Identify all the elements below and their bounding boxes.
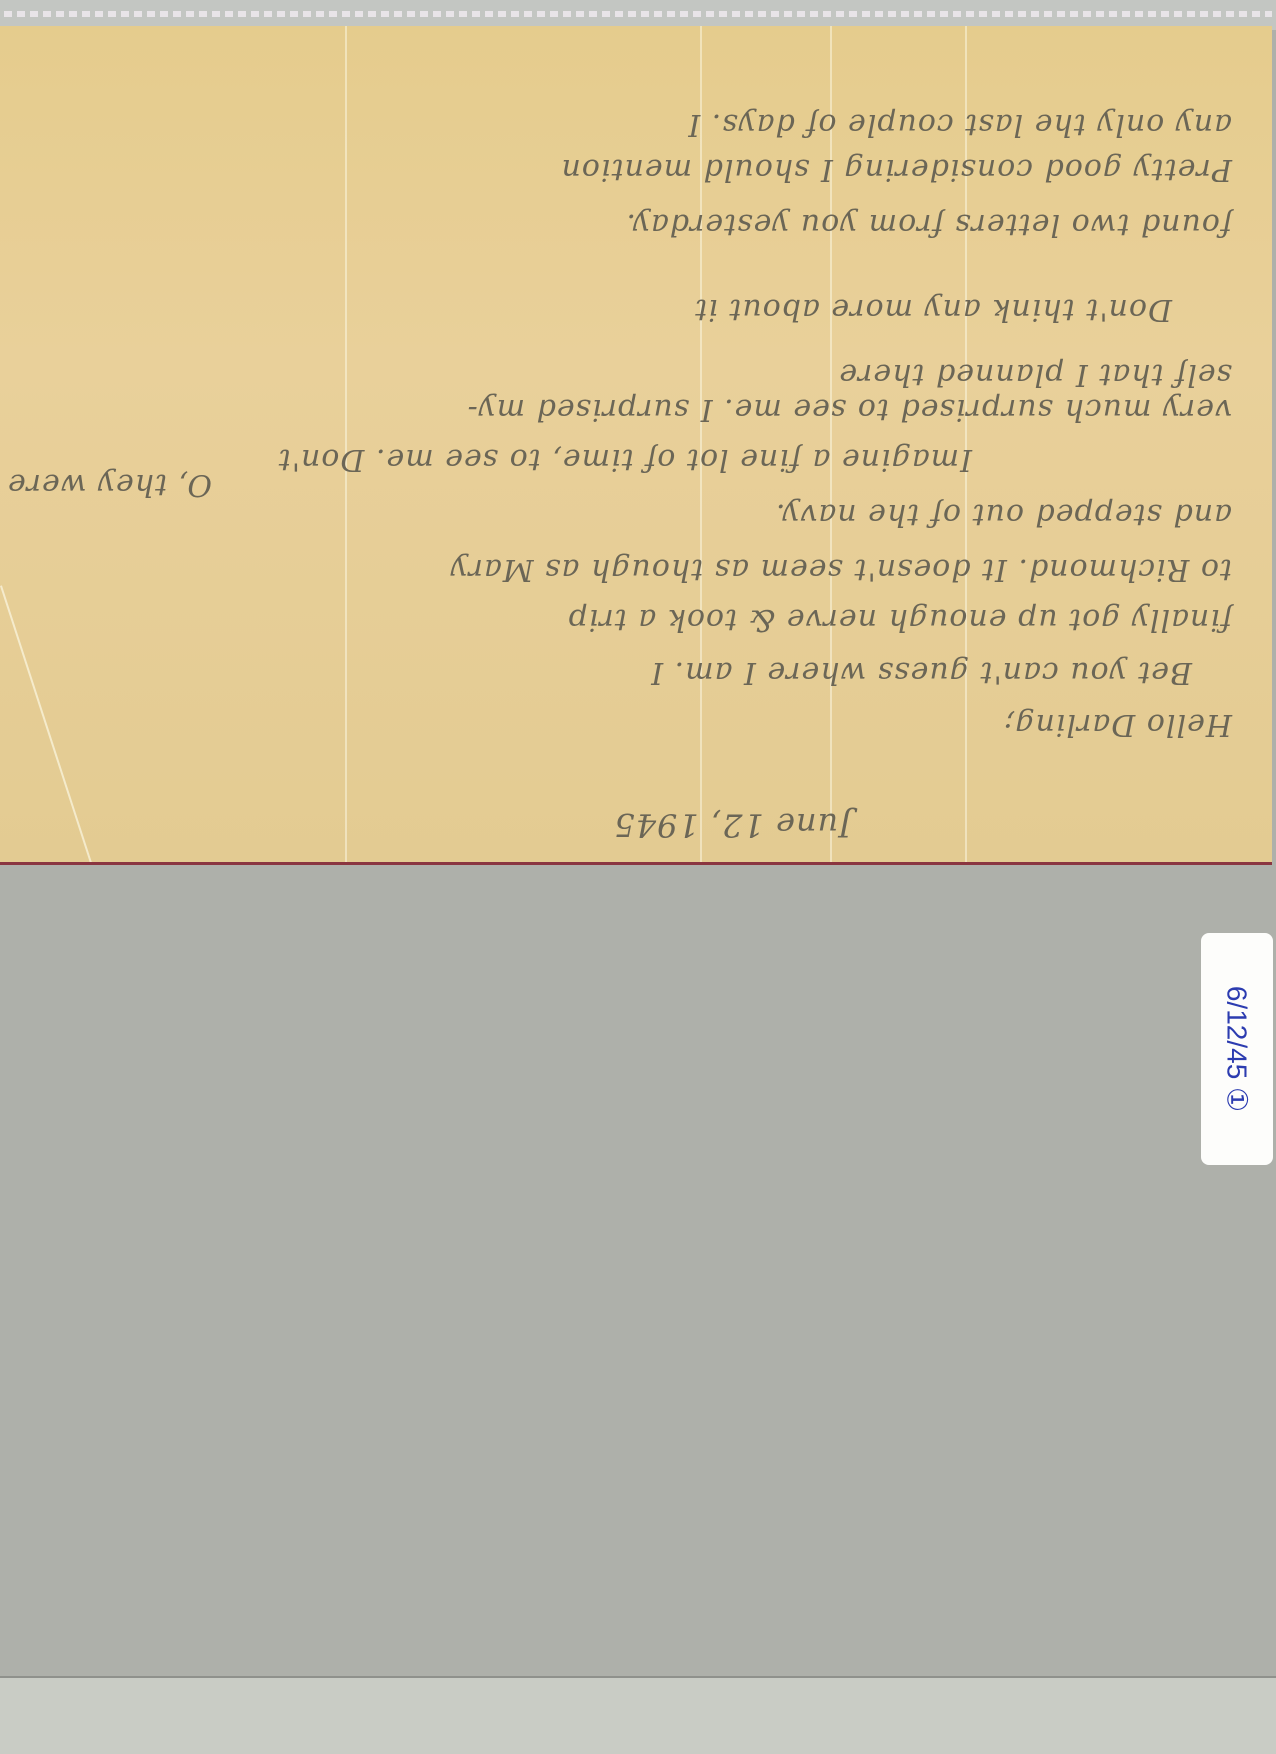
letter-line: Imagine a fine lot of time, to see me. D… (278, 442, 972, 477)
letter-salutation: Hello Darling; (1003, 707, 1232, 742)
letter-line: O, they were (7, 467, 212, 502)
letter-line: any only the last couple of days. I (687, 107, 1232, 142)
letter-line: Pretty good considering I should mention (561, 152, 1232, 187)
letter-line: found two letters from you yesterday. (625, 207, 1232, 242)
letter-line: Don't think any more about it (694, 292, 1172, 327)
letter-line: finally got up enough nerve & took a tri… (568, 602, 1232, 637)
letter-date: June 12, 1945 (613, 806, 852, 844)
sleeve-perforation (4, 11, 1272, 17)
letter-line: very much surprised to see me. I surpris… (467, 392, 1232, 427)
letter-page: June 12, 1945 Hello Darling; Bet you can… (0, 26, 1272, 862)
letter-content-upside-down: June 12, 1945 Hello Darling; Bet you can… (0, 26, 1272, 862)
archive-label-text: 6/12/45 ① (1221, 933, 1254, 1165)
archive-label-tab: 6/12/45 ① (1201, 933, 1273, 1165)
letter-line: and stepped out of the navy. (775, 497, 1232, 532)
lower-sheet-edge (0, 1676, 1276, 1754)
letter-line: self that I planned there (838, 357, 1232, 392)
letter-line: Bet you can't guess where I am. I (650, 655, 1192, 690)
letter-line: to Richmond. It doesn't seem as though a… (450, 552, 1232, 587)
